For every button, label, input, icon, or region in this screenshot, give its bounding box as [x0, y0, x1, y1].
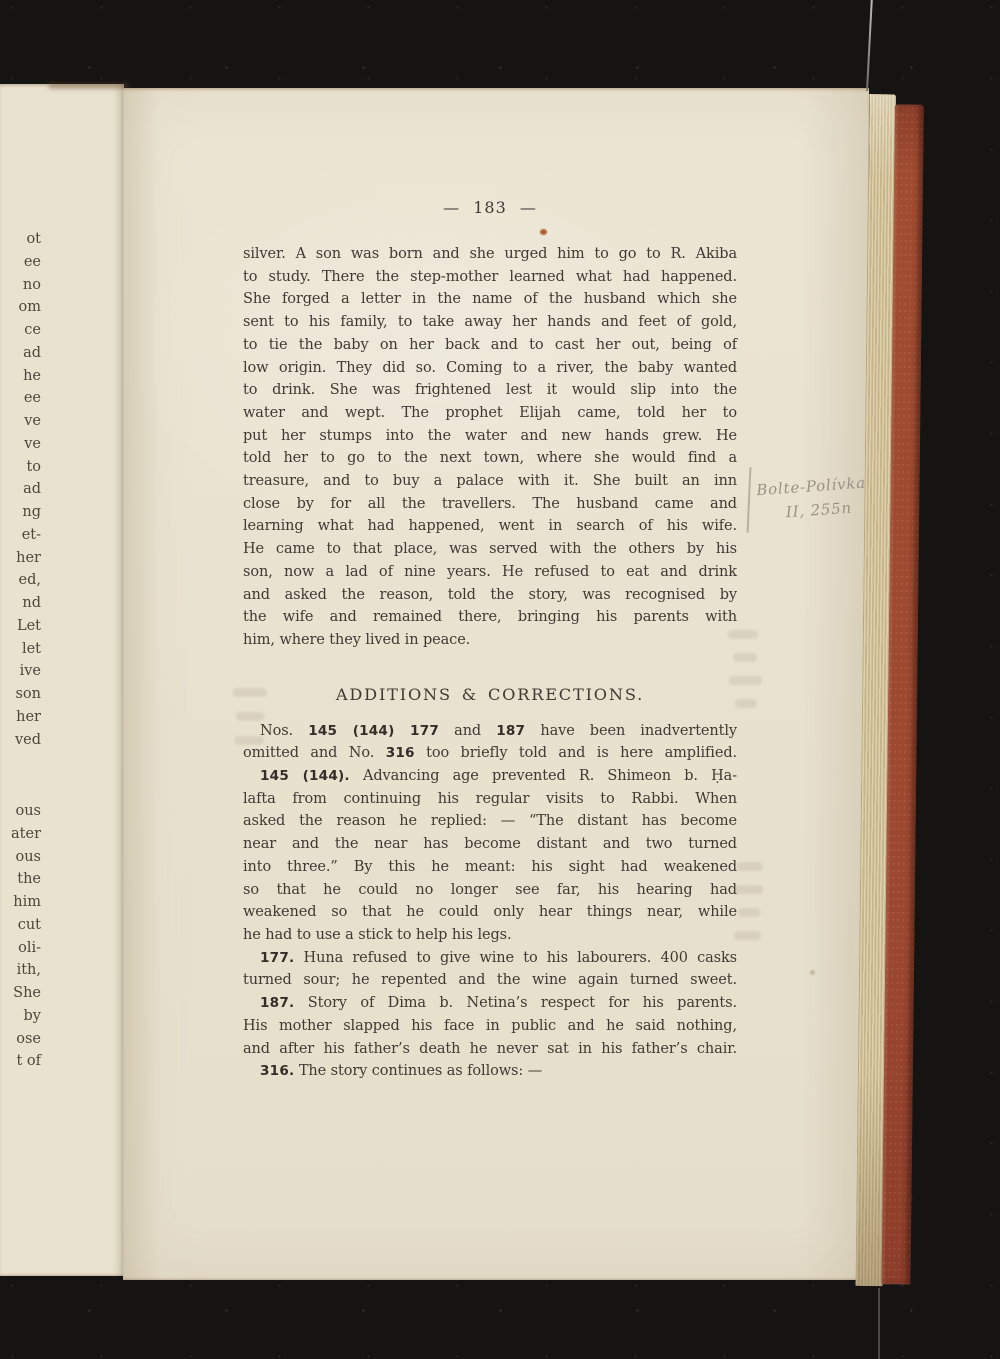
text-segment: low origin. They did so. Coming to a riv… [243, 360, 737, 376]
facing-page-text-fragment: oli- [0, 937, 41, 960]
text-line: low origin. They did so. Coming to a riv… [243, 357, 737, 380]
facing-page-text-fragment: She [0, 982, 41, 1005]
bold-story-number: 145 (144). [260, 768, 350, 784]
text-segment: turned sour; he repented and the wine ag… [243, 972, 737, 988]
text-line: he had to use a stick to help his legs. [243, 924, 737, 947]
bold-story-number: 145 (144) 177 [308, 723, 439, 739]
text-line: His mother slapped his face in public an… [243, 1015, 737, 1038]
facing-page-text-fragment: he [0, 365, 41, 388]
facing-page-text-fragment: om [0, 296, 41, 319]
text-segment: put her stumps into the water and new ha… [243, 428, 737, 444]
text-line: to drink. She was frightened lest it wou… [243, 379, 737, 402]
text-line: weakened so that he could only hear thin… [243, 901, 737, 924]
text-segment: near and the near has become distant and… [243, 836, 737, 852]
text-line: told her to go to the next town, where s… [243, 447, 737, 470]
story-paragraphs: silver. A son was born and she urged him… [243, 243, 737, 652]
text-line: 177. Huna refused to give wine to his la… [243, 947, 737, 970]
facing-page-text-fragment: nd [0, 592, 41, 615]
facing-page-text-fragment: no [0, 274, 41, 297]
facing-page-fragments-upper: oteenoomceadheeevevetoadnget-hered,ndLet… [0, 228, 44, 751]
text-line: Nos. 145 (144) 177 and 187 have been ina… [243, 720, 737, 743]
bold-story-number: 187. [260, 995, 294, 1011]
facing-page-text-fragment: t of [0, 1050, 41, 1073]
text-segment: asked the reason he replied: — “The dist… [243, 813, 737, 829]
paragraph: 145 (144). Advancing age prevented R. Sh… [243, 765, 737, 947]
facing-page-edge: oteenoomceadheeevevetoadnget-hered,ndLet… [0, 84, 124, 1276]
text-segment: he had to use a stick to help his legs. [243, 927, 512, 943]
facing-page-text-fragment: ive [0, 660, 41, 683]
text-line: to tie the baby on her back and to cast … [243, 334, 737, 357]
text-segment: so that he could no longer see far, his … [243, 882, 737, 898]
text-segment: lafta from continuing his regular visits… [243, 791, 737, 807]
facing-page-text-fragment: ous [0, 800, 41, 823]
text-segment: Nos. [260, 723, 308, 739]
text-segment: to tie the baby on her back and to cast … [243, 337, 737, 353]
text-line: put her stumps into the water and new ha… [243, 425, 737, 448]
text-line: 316. The story continues as follows: — [243, 1060, 737, 1083]
text-segment: omitted and No. [243, 745, 386, 761]
facing-page-text-fragment: ce [0, 319, 41, 342]
additions-paragraphs: Nos. 145 (144) 177 and 187 have been ina… [243, 720, 737, 1083]
ink-showthrough [734, 931, 761, 940]
facing-page-text-fragment: ad [0, 478, 41, 501]
facing-page-text-fragment: her [0, 706, 41, 729]
stand-wire-bottom [878, 1288, 880, 1359]
ink-showthrough [234, 736, 264, 745]
text-segment: He came to that place, was served with t… [243, 541, 737, 557]
text-segment: Story of Dima b. Netina’s respect for hi… [294, 995, 737, 1011]
paragraph: 187. Story of Dima b. Netina’s respect f… [243, 992, 737, 1060]
text-segment: have been inadvertently [525, 723, 737, 739]
text-segment: learning what had happened, went in sear… [243, 518, 737, 534]
text-segment: close by for all the travellers. The hus… [243, 496, 737, 512]
text-line: so that he could no longer see far, his … [243, 879, 737, 902]
foxing-spot [540, 229, 547, 235]
facing-page-text-fragment: her [0, 547, 41, 570]
text-line: omitted and No. 316 too briefly told and… [243, 742, 737, 765]
book-scan-photo: oteenoomceadheeevevetoadnget-hered,ndLet… [0, 0, 1000, 1359]
facing-page-text-fragment: ee [0, 387, 41, 410]
text-line: asked the reason he replied: — “The dist… [243, 810, 737, 833]
text-line: She forged a letter in the name of the h… [243, 288, 737, 311]
paragraph: 316. The story continues as follows: — [243, 1060, 737, 1083]
bold-story-number: 177. [260, 950, 294, 966]
text-segment: sent to his family, to take away her han… [243, 314, 737, 330]
text-segment: son, now a lad of nine years. He refused… [243, 564, 737, 580]
text-segment: The story continues as follows: — [294, 1063, 542, 1079]
ink-showthrough [733, 653, 757, 662]
bold-story-number: 187 [496, 723, 525, 739]
text-segment: into three.” By this he meant: his sight… [243, 859, 737, 875]
facing-page-text-fragment: et- [0, 524, 41, 547]
text-segment: to drink. She was frightened lest it wou… [243, 382, 737, 398]
text-segment: too briefly told and is here amplified. [415, 745, 737, 761]
facing-page-fragments-lower: ousaterousthehimcutoli-ith,Shebyoset of [0, 800, 44, 1073]
facing-page-text-fragment: ng [0, 501, 41, 524]
bold-story-number: 316 [386, 745, 415, 761]
ink-showthrough [728, 630, 758, 639]
text-segment: silver. A son was born and she urged him… [243, 246, 737, 262]
ink-showthrough [729, 676, 762, 685]
text-segment: Huna refused to give wine to his laboure… [294, 950, 737, 966]
facing-page-text-fragment: the [0, 868, 41, 891]
ink-showthrough [233, 688, 267, 697]
text-segment: the wife and remained there, bringing hi… [243, 609, 737, 625]
facing-page-text-fragment: ater [0, 823, 41, 846]
text-segment: weakened so that he could only hear thin… [243, 904, 737, 920]
text-line: lafta from continuing his regular visits… [243, 788, 737, 811]
text-segment: treasure, and to buy a palace with it. S… [243, 473, 737, 489]
text-line: into three.” By this he meant: his sight… [243, 856, 737, 879]
text-segment: His mother slapped his face in public an… [243, 1018, 737, 1034]
paragraph: 177. Huna refused to give wine to his la… [243, 947, 737, 992]
text-line: silver. A son was born and she urged him… [243, 243, 737, 266]
page-content: — 183 — silver. A son was born and she u… [243, 196, 737, 1083]
facing-page-text-fragment: ed, [0, 569, 41, 592]
text-segment: him, where they lived in peace. [243, 632, 470, 648]
facing-page-text-fragment: ous [0, 846, 41, 869]
text-line: turned sour; he repented and the wine ag… [243, 969, 737, 992]
facing-page-text-fragment: ith, [0, 959, 41, 982]
text-line: near and the near has become distant and… [243, 833, 737, 856]
text-segment: and [439, 723, 496, 739]
ink-showthrough [737, 862, 763, 871]
text-line: to study. There the step-mother learned … [243, 266, 737, 289]
ink-showthrough [735, 699, 757, 708]
facing-page-text-fragment: son [0, 683, 41, 706]
facing-page-text-fragment: to [0, 456, 41, 479]
ink-showthrough [733, 885, 763, 894]
text-line: 145 (144). Advancing age prevented R. Sh… [243, 765, 737, 788]
facing-page-text-fragment: ose [0, 1028, 41, 1051]
page-number: — 183 — [243, 196, 737, 219]
text-line: He came to that place, was served with t… [243, 538, 737, 561]
text-segment: and asked the reason, told the story, wa… [243, 587, 737, 603]
paragraph: Nos. 145 (144) 177 and 187 have been ina… [243, 720, 737, 765]
text-line: the wife and remained there, bringing hi… [243, 606, 737, 629]
book-edge-group [855, 94, 929, 1295]
stand-wire-top [866, 0, 873, 91]
foxing-spot-small [810, 970, 815, 975]
text-segment: water and wept. The prophet Elijah came,… [243, 405, 737, 421]
text-segment: told her to go to the next town, where s… [243, 450, 737, 466]
facing-page-text-fragment: Let [0, 615, 41, 638]
text-segment: and after his father’s death he never sa… [243, 1041, 737, 1057]
facing-page-text-fragment: ad [0, 342, 41, 365]
text-line: and asked the reason, told the story, wa… [243, 584, 737, 607]
facing-page-text-fragment: ee [0, 251, 41, 274]
ink-showthrough [738, 908, 760, 917]
text-line: son, now a lad of nine years. He refused… [243, 561, 737, 584]
text-line: learning what had happened, went in sear… [243, 515, 737, 538]
text-line: water and wept. The prophet Elijah came,… [243, 402, 737, 425]
facing-page-text-fragment: ot [0, 228, 41, 251]
facing-page-text-fragment: him [0, 891, 41, 914]
text-line: sent to his family, to take away her han… [243, 311, 737, 334]
text-line: and after his father’s death he never sa… [243, 1038, 737, 1061]
facing-page-text-fragment: ved [0, 729, 41, 752]
bold-story-number: 316. [260, 1063, 294, 1079]
section-heading: ADDITIONS & CORRECTIONS. [243, 683, 737, 706]
text-line: him, where they lived in peace. [243, 629, 737, 652]
text-line: close by for all the travellers. The hus… [243, 493, 737, 516]
facing-page-text-fragment: let [0, 638, 41, 661]
text-segment: Advancing age prevented R. Shimeon b. Ḥa… [350, 768, 737, 784]
paragraph: silver. A son was born and she urged him… [243, 243, 737, 652]
facing-page-text-fragment: ve [0, 410, 41, 433]
text-segment: She forged a letter in the name of the h… [243, 291, 737, 307]
facing-page-text-fragment: ve [0, 433, 41, 456]
facing-page-text-fragment: by [0, 1005, 41, 1028]
text-line: 187. Story of Dima b. Netina’s respect f… [243, 992, 737, 1015]
facing-page-text-fragment: cut [0, 914, 41, 937]
ink-showthrough [236, 712, 264, 721]
text-line: treasure, and to buy a palace with it. S… [243, 470, 737, 493]
text-segment: to study. There the step-mother learned … [243, 269, 737, 285]
